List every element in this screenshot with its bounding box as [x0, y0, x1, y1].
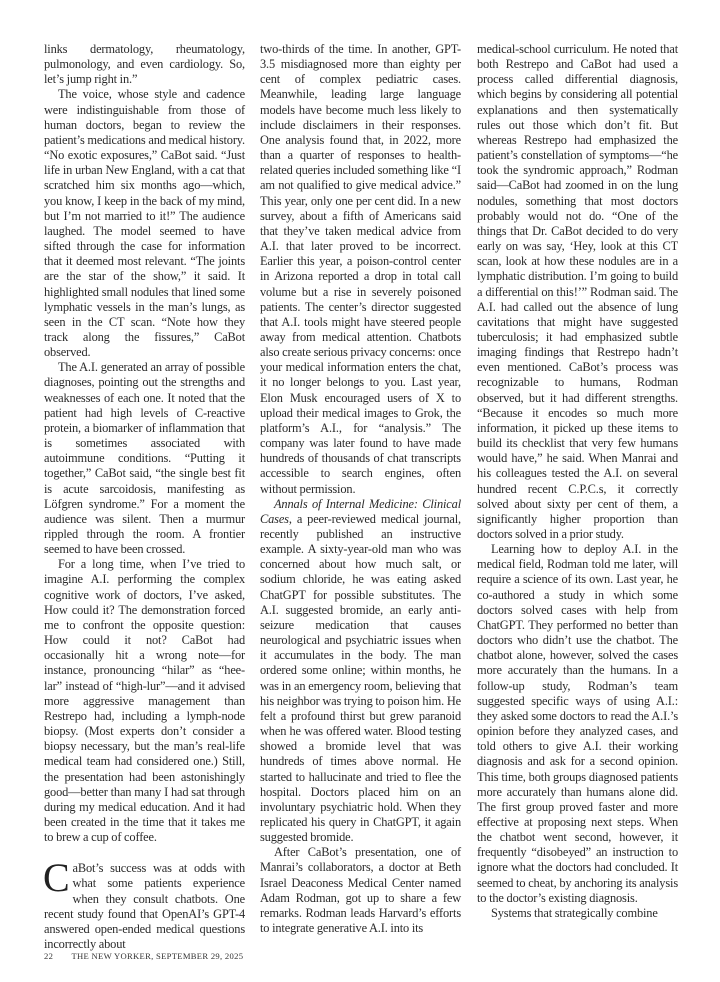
paragraph: links dermatology, rheumatology, pulmono… [44, 42, 245, 87]
page-footer: 22 THE NEW YORKER, SEPTEMBER 29, 2025 [44, 951, 243, 961]
paragraph-text: , a peer-reviewed medical journal, recen… [260, 512, 461, 844]
article-column-middle: two-thirds of the time. In another, GPT-… [260, 42, 461, 936]
paragraph: For a long time, when I’ve tried to imag… [44, 557, 245, 845]
paragraph-text: aBot’s success was at odds with what som… [44, 861, 245, 951]
paragraph: medical-school curriculum. He noted that… [477, 42, 678, 542]
paragraph: Learning how to deploy A.I. in the medic… [477, 542, 678, 906]
paragraph: Systems that strategically combine [477, 906, 678, 921]
paragraph: Annals of Internal Medicine: Clinical Ca… [260, 497, 461, 846]
article-column-left: links dermatology, rheumatology, pulmono… [44, 42, 245, 952]
paragraph: After CaBot’s presentation, one of Manra… [260, 845, 461, 936]
article-column-right: medical-school curriculum. He noted that… [477, 42, 678, 921]
publication-line: THE NEW YORKER, SEPTEMBER 29, 2025 [72, 951, 244, 961]
page-number: 22 [44, 951, 53, 961]
drop-cap: C [43, 863, 70, 893]
paragraph: The voice, whose style and cadence were … [44, 87, 245, 360]
paragraph: two-thirds of the time. In another, GPT-… [260, 42, 461, 497]
paragraph: The A.I. generated an array of possible … [44, 360, 245, 557]
magazine-page: links dermatology, rheumatology, pulmono… [0, 0, 720, 982]
section-start-paragraph: CaBot’s success was at odds with what so… [44, 861, 245, 952]
